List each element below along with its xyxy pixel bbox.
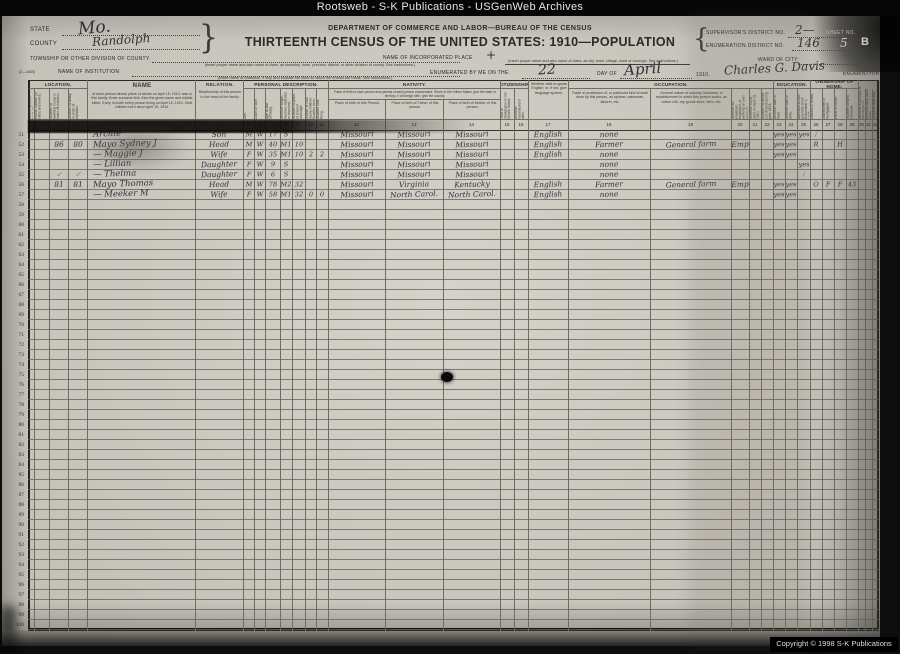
scan-light-band bbox=[688, 16, 810, 646]
line-number: 68 bbox=[4, 302, 24, 308]
column-number: 15 bbox=[500, 122, 514, 127]
incorporated-place-line bbox=[505, 63, 690, 65]
line-number: 95 bbox=[4, 572, 24, 578]
column-header-relation: RELATION.Relationship of this person to … bbox=[196, 81, 244, 120]
column-header-family: Number of family in order of visitation. bbox=[69, 90, 86, 120]
handwritten-entry-bp_father: North Carol. bbox=[390, 189, 438, 200]
line-number: 75 bbox=[4, 372, 24, 378]
column-number: 16 bbox=[514, 122, 528, 127]
handwritten-entry-marital: M1 bbox=[280, 150, 291, 158]
column-header-age: Age at last birthday. bbox=[266, 90, 279, 120]
month-handwritten: April bbox=[623, 59, 661, 80]
line-number: 80 bbox=[4, 422, 24, 428]
handwritten-entry-bp_father: Missouri bbox=[397, 149, 430, 159]
handwritten-entry-yrs_married: 10 bbox=[294, 150, 303, 158]
site-banner: Rootsweb - S-K Publications - USGenWeb A… bbox=[0, 0, 900, 16]
handwritten-entry-english: English bbox=[534, 149, 563, 159]
handwritten-entry-bp_self: Missouri bbox=[340, 169, 373, 179]
ward-line bbox=[798, 63, 878, 65]
handwritten-entry-family: ✓ bbox=[74, 170, 81, 179]
handwritten-entry-bp_self: Missouri bbox=[340, 149, 373, 159]
handwritten-entry-bp_mother: Kentucky bbox=[454, 179, 490, 189]
column-number: 18 bbox=[568, 122, 650, 127]
handwritten-entry-trade: none bbox=[600, 189, 619, 199]
column-header-bp_self: Place of birth of this Person. bbox=[329, 100, 386, 120]
section-header: NATIVITY. bbox=[329, 80, 500, 89]
handwritten-entry-ch_born: 0 bbox=[308, 190, 312, 198]
census-title: THIRTEENTH CENSUS OF THE UNITED STATES: … bbox=[228, 35, 692, 49]
handwritten-entry-home_free: F bbox=[826, 180, 831, 188]
punch-hole bbox=[441, 372, 453, 382]
county-line bbox=[62, 48, 200, 50]
sheet-value-handwritten: 5 bbox=[840, 36, 848, 50]
sheet-suffix: B bbox=[861, 36, 869, 48]
handwritten-entry-color: W bbox=[256, 190, 263, 198]
handwritten-entry-age: 35 bbox=[268, 150, 277, 158]
line-number: 84 bbox=[4, 462, 24, 468]
handwritten-entry-sex: M bbox=[245, 180, 252, 188]
handwritten-entry-marital: M1 bbox=[280, 190, 291, 198]
township-label: Township or other division of county bbox=[30, 56, 150, 62]
scan-edge-shade bbox=[838, 80, 880, 632]
column-header-home_owned: Owned or rented. bbox=[811, 90, 821, 120]
handwritten-entry-bp_father: Missouri bbox=[397, 169, 430, 179]
line-number: 92 bbox=[4, 542, 24, 548]
line-number: 89 bbox=[4, 512, 24, 518]
handwritten-entry-relation: Daughter bbox=[201, 159, 237, 169]
handwritten-entry-family: 80 bbox=[73, 140, 83, 149]
day-handwritten: 22 bbox=[538, 62, 557, 79]
line-number: 85 bbox=[4, 472, 24, 478]
handwritten-entry-age: 58 bbox=[268, 190, 277, 198]
enumerator-label: Enumerator. bbox=[843, 72, 881, 77]
handwritten-entry-home_owned: / bbox=[815, 130, 817, 138]
handwritten-entry-ch_living: 2 bbox=[320, 150, 324, 158]
handwritten-entry-sex: F bbox=[246, 170, 251, 178]
handwritten-entry-bp_mother: Missouri bbox=[455, 159, 488, 169]
handwritten-entry-dwelling: ✓ bbox=[55, 170, 62, 179]
handwritten-entry-trade: Farmer bbox=[595, 139, 623, 149]
site-banner-text: Rootsweb - S-K Publications - USGenWeb A… bbox=[317, 1, 583, 13]
handwritten-entry-bp_mother: Missouri bbox=[455, 169, 488, 179]
county-label: County bbox=[30, 41, 57, 47]
handwritten-entry-yrs_married: 32 bbox=[294, 190, 303, 198]
line-number: 53 bbox=[4, 152, 24, 158]
line-number: 96 bbox=[4, 582, 24, 588]
column-header-dwelling: Number of dwelling house in order of vis… bbox=[50, 90, 67, 120]
line-number: 52 bbox=[4, 142, 24, 148]
handwritten-entry-english: English bbox=[534, 129, 563, 139]
handwritten-entry-yrs_married: 10 bbox=[294, 140, 303, 148]
line-number: 78 bbox=[4, 402, 24, 408]
line-number: 63 bbox=[4, 252, 24, 258]
handwritten-entry-age: 78 bbox=[268, 180, 277, 188]
column-number: 26 bbox=[810, 122, 822, 127]
handwritten-entry-trade: Farmer bbox=[595, 179, 623, 189]
copyright-bar: Copyright © 1998 S-K Publications bbox=[770, 637, 898, 652]
handwritten-entry-ch_born: 2 bbox=[308, 150, 312, 158]
line-number: 76 bbox=[4, 382, 24, 388]
line-number: 97 bbox=[4, 592, 24, 598]
handwritten-entry-trade: none bbox=[600, 159, 619, 169]
handwritten-entry-sex: F bbox=[246, 150, 251, 158]
line-number: 65 bbox=[4, 272, 24, 278]
handwritten-entry-relation: Head bbox=[209, 179, 230, 189]
handwritten-entry-family: 81 bbox=[73, 180, 83, 189]
column-number: 27 bbox=[822, 122, 834, 127]
handwritten-entry-color: W bbox=[256, 140, 263, 148]
line-number: 58 bbox=[4, 202, 24, 208]
column-title-relation: RELATION. bbox=[197, 83, 243, 89]
line-number: 72 bbox=[4, 342, 24, 348]
column-header-sex: Sex. bbox=[244, 90, 253, 120]
handwritten-entry-relation: Head bbox=[209, 139, 230, 149]
column-header-trade: Trade or profession of, or particular ki… bbox=[569, 90, 651, 120]
scan-smudge-blot bbox=[90, 131, 190, 173]
township-note: (Insert proper name and also name of cla… bbox=[170, 63, 450, 67]
handwritten-entry-english: English bbox=[534, 179, 563, 189]
line-number: 88 bbox=[4, 502, 24, 508]
column-header-ch_born: Mother of how many children: Number born… bbox=[306, 90, 315, 120]
column-header-color: Color or race. bbox=[255, 90, 264, 120]
handwritten-entry-home_owned: O bbox=[813, 180, 819, 188]
enumerated-prefix: Enumerated by me on the bbox=[430, 70, 509, 76]
handwritten-entry-bp_self: Missouri bbox=[340, 139, 373, 149]
handwritten-entry-home_owned: R bbox=[813, 140, 818, 148]
handwritten-entry-bp_father: Missouri bbox=[397, 159, 430, 169]
column-header-bp_father: Place of birth of Father of this person. bbox=[386, 100, 444, 120]
column-desc-relation: Relationship of this person to the head … bbox=[197, 90, 243, 99]
line-number-margin: 5152535455565758596061626364656667686970… bbox=[0, 0, 28, 654]
handwritten-entry-dwelling: 81 bbox=[54, 180, 64, 189]
line-number: 82 bbox=[4, 442, 24, 448]
handwritten-entry-marital: M1 bbox=[280, 140, 291, 148]
handwritten-entry-marital: S bbox=[284, 170, 289, 178]
handwritten-entry-color: W bbox=[256, 150, 263, 158]
institution-label: Name of Institution bbox=[58, 69, 119, 75]
handwritten-entry-bp_self: Missouri bbox=[340, 189, 373, 199]
column-header-home_free: Owned free or mortgaged. bbox=[823, 90, 833, 120]
line-number: 67 bbox=[4, 292, 24, 298]
handwritten-entry-bp_self: Missouri bbox=[340, 159, 373, 169]
handwritten-entry-bp_mother: Missouri bbox=[455, 149, 488, 159]
line-number: 81 bbox=[4, 432, 24, 438]
handwritten-entry-ch_living: 0 bbox=[320, 190, 324, 198]
line-number: 55 bbox=[4, 172, 24, 178]
line-number: 86 bbox=[4, 482, 24, 488]
line-number: 54 bbox=[4, 162, 24, 168]
handwritten-entry-age: 6 bbox=[270, 170, 274, 178]
handwritten-entry-name: — Meeker M bbox=[93, 188, 149, 200]
handwritten-entry-color: W bbox=[256, 180, 263, 188]
section-header: PERSONAL DESCRIPTION. bbox=[244, 80, 328, 89]
day-of-label: day of bbox=[597, 71, 617, 77]
line-number: 91 bbox=[4, 532, 24, 538]
handwritten-entry-trade: none bbox=[600, 169, 619, 179]
line-number: 71 bbox=[4, 332, 24, 338]
department-heading: DEPARTMENT OF COMMERCE AND LABOR—BUREAU … bbox=[250, 25, 670, 32]
column-header-street: Street, avenue, road, etc. bbox=[29, 90, 33, 120]
line-number: 74 bbox=[4, 362, 24, 368]
line-number: 59 bbox=[4, 212, 24, 218]
line-number: 94 bbox=[4, 562, 24, 568]
handwritten-entry-bp_mother: Missouri bbox=[455, 139, 488, 149]
handwritten-entry-marital: S bbox=[284, 160, 289, 168]
line-number: 62 bbox=[4, 242, 24, 248]
handwritten-entry-bp_father: Virginia bbox=[399, 179, 429, 189]
column-header-house: House number (in cities and towns). bbox=[35, 90, 48, 120]
handwritten-entry-marital: M2 bbox=[280, 180, 291, 188]
handwritten-entry-age: 40 bbox=[268, 140, 277, 148]
handwritten-entry-relation: Wife bbox=[210, 189, 228, 199]
line-number: 66 bbox=[4, 282, 24, 288]
scan-bottom-shade bbox=[2, 630, 880, 646]
handwritten-entry-dwelling: 86 bbox=[54, 140, 64, 149]
handwritten-entry-age: 9 bbox=[270, 160, 274, 168]
handwritten-entry-relation: Daughter bbox=[201, 169, 237, 179]
column-header-name: NAMEof each person whose place of abode … bbox=[88, 81, 196, 120]
section-header: LOCATION. bbox=[29, 80, 87, 89]
handwritten-entry-yrs_married: 32 bbox=[294, 180, 303, 188]
section-header: CITIZENSHIP. bbox=[501, 80, 528, 89]
handwritten-entry-trade: none bbox=[600, 129, 619, 139]
column-header-ch_living: Number now living. bbox=[317, 90, 327, 120]
line-number: 77 bbox=[4, 392, 24, 398]
line-number: 70 bbox=[4, 322, 24, 328]
column-header-imm_year: Year of immigration to the United States… bbox=[501, 90, 513, 120]
line-number: 83 bbox=[4, 452, 24, 458]
line-number: 57 bbox=[4, 192, 24, 198]
handwritten-entry-relation: Wife bbox=[210, 149, 228, 159]
state-label: State bbox=[30, 27, 50, 33]
handwritten-entry-trade: none bbox=[600, 149, 619, 159]
incorporated-place-handwritten: + bbox=[486, 48, 496, 62]
handwritten-entry-english: English bbox=[534, 139, 563, 149]
incorporated-place-label: Name of incorporated place bbox=[383, 55, 473, 61]
column-number: 17 bbox=[528, 122, 568, 127]
handwritten-entry-bp_mother: North Carol. bbox=[447, 189, 495, 200]
handwritten-entry-sex: M bbox=[245, 140, 252, 148]
line-number: 56 bbox=[4, 182, 24, 188]
handwritten-entry-bp_self: Missouri bbox=[340, 179, 373, 189]
handwritten-entry-color: W bbox=[256, 170, 263, 178]
column-desc-name: of each person whose place of abode on A… bbox=[89, 92, 195, 110]
column-header-yrs_married: Number of years of present marriage. bbox=[293, 90, 304, 120]
handwritten-entry-sex: F bbox=[246, 160, 251, 168]
line-number: 51 bbox=[4, 132, 24, 138]
column-header-marital: Whether single, married, widowed, or div… bbox=[281, 90, 291, 120]
census-scan-page: Rootsweb - S-K Publications - USGenWeb A… bbox=[0, 0, 900, 654]
handwritten-entry-sex: F bbox=[246, 190, 251, 198]
line-number: 69 bbox=[4, 312, 24, 318]
left-brace-glyph: } bbox=[199, 18, 218, 57]
line-number: 79 bbox=[4, 412, 24, 418]
column-header-english: Whether able to speak English; or, if no… bbox=[529, 81, 569, 120]
line-number: 90 bbox=[4, 522, 24, 528]
handwritten-entry-english: English bbox=[534, 189, 563, 199]
copyright-text: Copyright © 1998 S-K Publications bbox=[776, 639, 892, 648]
line-number: 64 bbox=[4, 262, 24, 268]
column-header-bp_mother: Place of birth of Mother of this person. bbox=[444, 100, 501, 120]
line-number: 93 bbox=[4, 552, 24, 558]
line-number: 60 bbox=[4, 222, 24, 228]
line-number: 87 bbox=[4, 492, 24, 498]
line-number: 73 bbox=[4, 352, 24, 358]
column-title-name: NAME bbox=[89, 83, 195, 91]
handwritten-entry-color: W bbox=[256, 160, 263, 168]
line-number: 61 bbox=[4, 232, 24, 238]
handwritten-entry-bp_father: Missouri bbox=[397, 139, 430, 149]
column-header-natural: Whether naturalized or alien. bbox=[515, 90, 527, 120]
